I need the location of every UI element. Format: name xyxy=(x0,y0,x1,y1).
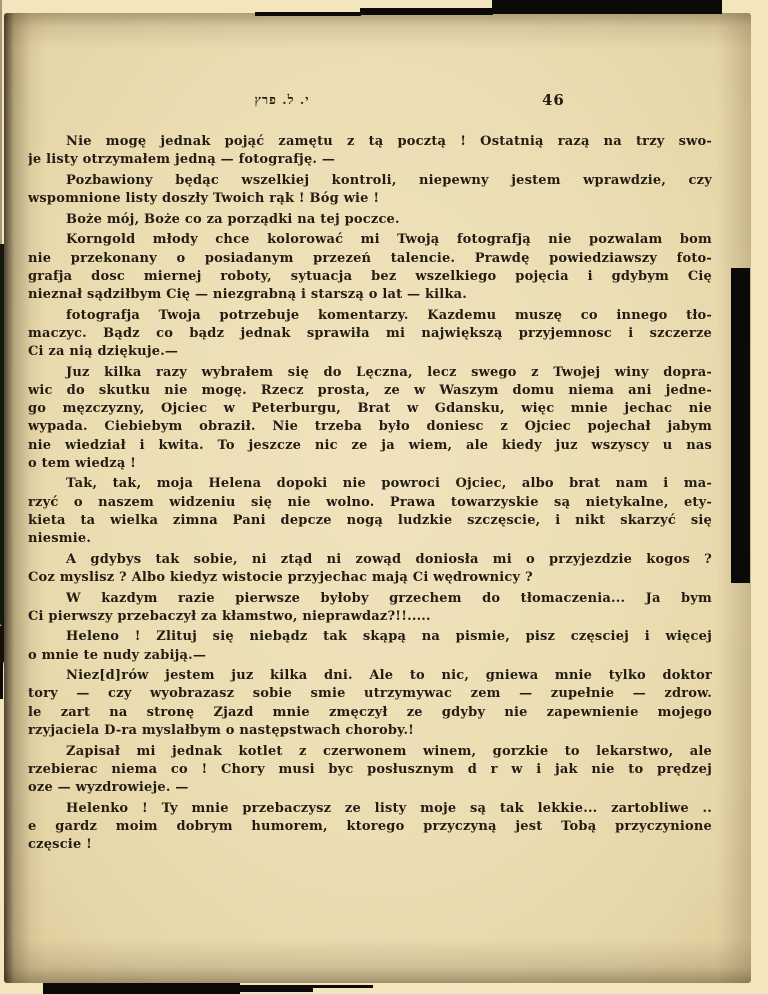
text-line: Pozbawiony będąc wszelkiej kontroli, nie… xyxy=(28,172,712,190)
text-line: Zapisał mi jednak kotlet z czerwonem win… xyxy=(28,743,712,761)
text-line: wspomnione listy doszły Twoich rąk ! Bóg… xyxy=(28,190,712,208)
text-line: Niez[d]rów jestem juz kilka dni. Ale to … xyxy=(28,667,712,685)
text-line: Boże mój, Boże co za porządki na tej poc… xyxy=(28,211,712,229)
text-line: oze — wyzdrowieje. — xyxy=(28,779,712,797)
text-line: je listy otrzymałem jedną — fotografję. … xyxy=(28,151,712,169)
text-line: nie przekonany o posiadanym przezeń tale… xyxy=(28,250,712,268)
paragraph: Boże mój, Boże co za porządki na tej poc… xyxy=(28,211,712,229)
scan-artifact-top-bar-medium xyxy=(360,8,493,15)
text-line: rzebierac niema co ! Chory musi byc posł… xyxy=(28,761,712,779)
text-line: Nie mogę jednak pojąć zamętu z tą pocztą… xyxy=(28,133,712,151)
text-line: Helenko ! Ty mnie przebaczysz ze listy m… xyxy=(28,800,712,818)
paragraph: Helenko ! Ty mnie przebaczysz ze listy m… xyxy=(28,800,712,855)
running-header-hebrew-title: י. ל. פרץ xyxy=(252,92,312,108)
scan-artifact-bottom-bar-thick xyxy=(43,983,240,994)
text-line: Korngold młody chce kolorować mi Twoją f… xyxy=(28,231,712,249)
text-line: o tem wiedzą ! xyxy=(28,455,712,473)
scan-artifact-top-bar-thin xyxy=(255,12,361,16)
text-line: Ci za nią dziękuje.— xyxy=(28,343,712,361)
text-line: niesmie. xyxy=(28,530,712,548)
page-number: 46 xyxy=(542,91,565,109)
scanned-book-page-canvas: י. ל. פרץ 46 Nie mogę jednak pojąć zamęt… xyxy=(0,0,768,994)
scan-artifact-right-bar xyxy=(731,268,750,583)
text-line: maczyc. Bądz co bądz jednak sprawiła mi … xyxy=(28,325,712,343)
text-line: le zart na stronę Zjazd mnie zmęczył ze … xyxy=(28,704,712,722)
text-line: Heleno ! Zlituj się niebądz tak skąpą na… xyxy=(28,628,712,646)
paragraph: Heleno ! Zlituj się niebądz tak skąpą na… xyxy=(28,628,712,664)
paragraph: fotografja Twoja potrzebuje komentarzy. … xyxy=(28,307,712,362)
text-line: rzyć o naszem widzeniu się nie wolno. Pr… xyxy=(28,494,712,512)
text-line: Coz myslisz ? Albo kiedyz wistocie przyj… xyxy=(28,569,712,587)
text-line: wypada. Ciebiebym obraził. Nie trzeba by… xyxy=(28,418,712,436)
text-line: częscie ! xyxy=(28,836,712,854)
paragraph: W kazdym razie pierwsze byłoby grzechem … xyxy=(28,590,712,626)
text-line: wic do skutku nie mogę. Rzecz prosta, ze… xyxy=(28,382,712,400)
text-line: fotografja Twoja potrzebuje komentarzy. … xyxy=(28,307,712,325)
text-line: Juz kilka razy wybrałem się do Lęczna, l… xyxy=(28,364,712,382)
paragraph: Nie mogę jednak pojąć zamętu z tą pocztą… xyxy=(28,133,712,169)
letter-text-block: Nie mogę jednak pojąć zamętu z tą pocztą… xyxy=(28,133,712,854)
text-line: o mnie te nudy zabiją.— xyxy=(28,647,712,665)
scan-artifact-left-tick xyxy=(0,662,3,699)
text-line: e gardz moim dobrym humorem, ktorego prz… xyxy=(28,818,712,836)
text-line: W kazdym razie pierwsze byłoby grzechem … xyxy=(28,590,712,608)
text-line: nieznał sądziłbym Cię — niezgrabną i sta… xyxy=(28,286,712,304)
paragraph: Zapisał mi jednak kotlet z czerwonem win… xyxy=(28,743,712,798)
paragraph: Pozbawiony będąc wszelkiej kontroli, nie… xyxy=(28,172,712,208)
scan-artifact-bottom-bar-thin xyxy=(313,985,373,988)
scan-artifact-right-page-edge xyxy=(0,0,2,244)
text-line: go męzczyzny, Ojciec w Peterburgu, Brat … xyxy=(28,400,712,418)
paragraph: Niez[d]rów jestem juz kilka dni. Ale to … xyxy=(28,667,712,740)
text-line: nie wiedział i kwita. To jeszcze nic ze … xyxy=(28,437,712,455)
scan-artifact-bottom-bar-medium xyxy=(240,985,313,992)
text-line: kieta ta wielka zimna Pani depcze nogą l… xyxy=(28,512,712,530)
text-line: Ci pierwszy przebaczył za kłamstwo, niep… xyxy=(28,608,712,626)
scan-artifact-top-bar-thick xyxy=(492,0,722,14)
text-line: tory — czy wyobrazasz sobie smie utrzymy… xyxy=(28,685,712,703)
text-line: grafja dosc miernej roboty, sytuacja bez… xyxy=(28,268,712,286)
paragraph: Korngold młody chce kolorować mi Twoją f… xyxy=(28,231,712,304)
paragraph: Juz kilka razy wybrałem się do Lęczna, l… xyxy=(28,364,712,473)
text-line: A gdybys tak sobie, ni ztąd ni zowąd don… xyxy=(28,551,712,569)
text-line: Tak, tak, moja Helena dopoki nie powroci… xyxy=(28,475,712,493)
paragraph: A gdybys tak sobie, ni ztąd ni zowąd don… xyxy=(28,551,712,587)
paragraph: Tak, tak, moja Helena dopoki nie powroci… xyxy=(28,475,712,548)
text-line: rzyjaciela D-ra myslałbym o następstwach… xyxy=(28,722,712,740)
